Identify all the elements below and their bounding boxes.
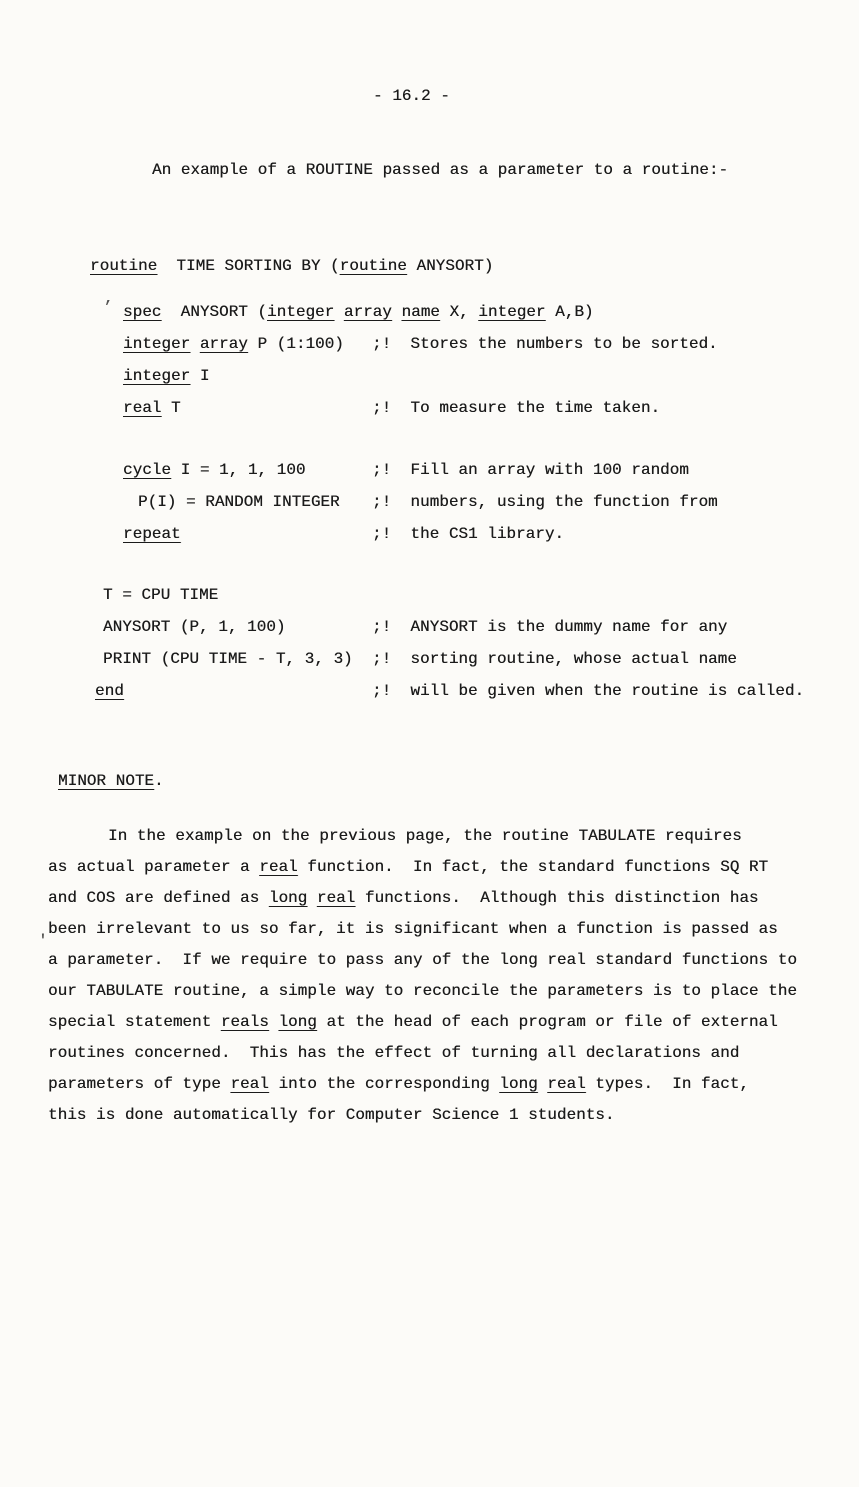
code-comment: ;! will be given when the routine is cal…	[372, 675, 804, 707]
paragraph-line: parameters of type real into the corresp…	[48, 1069, 859, 1100]
paragraph-line: this is done automatically for Computer …	[48, 1100, 859, 1131]
paragraph-line: special statement reals long at the head…	[48, 1007, 859, 1038]
code-comment: ;! Stores the numbers to be sorted.	[372, 328, 718, 360]
code-line: integer array P (1:100);! Stores the num…	[90, 328, 859, 360]
intro-sentence: An example of a ROUTINE passed as a para…	[152, 154, 859, 186]
code-statement: end	[90, 675, 372, 707]
code-comment: ;! ANYSORT is the dummy name for any	[372, 611, 727, 643]
scan-artifact-mark: ,	[104, 282, 114, 314]
code-line: routine TIME SORTING BY (routine ANYSORT…	[90, 250, 859, 282]
code-statement: repeat	[90, 518, 372, 550]
code-line: integer I	[90, 360, 859, 392]
code-line: end;! will be given when the routine is …	[90, 675, 859, 707]
code-line: cycle I = 1, 1, 100;! Fill an array with…	[90, 454, 859, 486]
code-comment: ;! Fill an array with 100 random	[372, 454, 689, 486]
code-line: ANYSORT (P, 1, 100);! ANYSORT is the dum…	[90, 611, 859, 643]
code-line: repeat;! the CS1 library.	[90, 518, 859, 550]
note-paragraph: In the example on the previous page, the…	[48, 821, 859, 1131]
code-comment: ;! numbers, using the function from	[372, 486, 718, 518]
note-heading: MINOR NOTE.	[58, 765, 859, 797]
code-line: PRINT (CPU TIME - T, 3, 3);! sorting rou…	[90, 643, 859, 675]
code-statement: routine TIME SORTING BY (routine ANYSORT…	[90, 250, 493, 282]
paragraph-line: routines concerned. This has the effect …	[48, 1038, 859, 1069]
code-block: routine TIME SORTING BY (routine ANYSORT…	[90, 250, 859, 707]
code-line: real T;! To measure the time taken.	[90, 392, 859, 424]
code-statement: T = CPU TIME	[90, 579, 372, 611]
scan-artifact-mark: '	[38, 925, 48, 957]
paragraph-line: been irrelevant to us so far, it is sign…	[48, 914, 859, 945]
paragraph-line: our TABULATE routine, a simple way to re…	[48, 976, 859, 1007]
code-statement: spec ANYSORT (integer array name X, inte…	[90, 296, 594, 328]
paragraph-line: as actual parameter a real function. In …	[48, 852, 859, 883]
code-statement: P(I) = RANDOM INTEGER	[90, 486, 372, 518]
scanned-page: - 16.2 - An example of a ROUTINE passed …	[0, 0, 859, 1487]
code-statement: integer array P (1:100)	[90, 328, 372, 360]
code-comment: ;! To measure the time taken.	[372, 392, 660, 424]
code-statement: real T	[90, 392, 372, 424]
code-comment: ;! the CS1 library.	[372, 518, 564, 550]
paragraph-line: and COS are defined as long real functio…	[48, 883, 859, 914]
paragraph-line: a parameter. If we require to pass any o…	[48, 945, 859, 976]
code-line: P(I) = RANDOM INTEGER;! numbers, using t…	[90, 486, 859, 518]
code-line: T = CPU TIME	[90, 579, 859, 611]
code-statement: ANYSORT (P, 1, 100)	[90, 611, 372, 643]
code-comment: ;! sorting routine, whose actual name	[372, 643, 737, 675]
page-number: - 16.2 -	[373, 80, 859, 112]
paragraph-line: In the example on the previous page, the…	[48, 821, 859, 852]
code-line: spec ANYSORT (integer array name X, inte…	[90, 296, 859, 328]
code-statement: PRINT (CPU TIME - T, 3, 3)	[90, 643, 372, 675]
code-statement: integer I	[90, 360, 372, 392]
code-statement: cycle I = 1, 1, 100	[90, 454, 372, 486]
